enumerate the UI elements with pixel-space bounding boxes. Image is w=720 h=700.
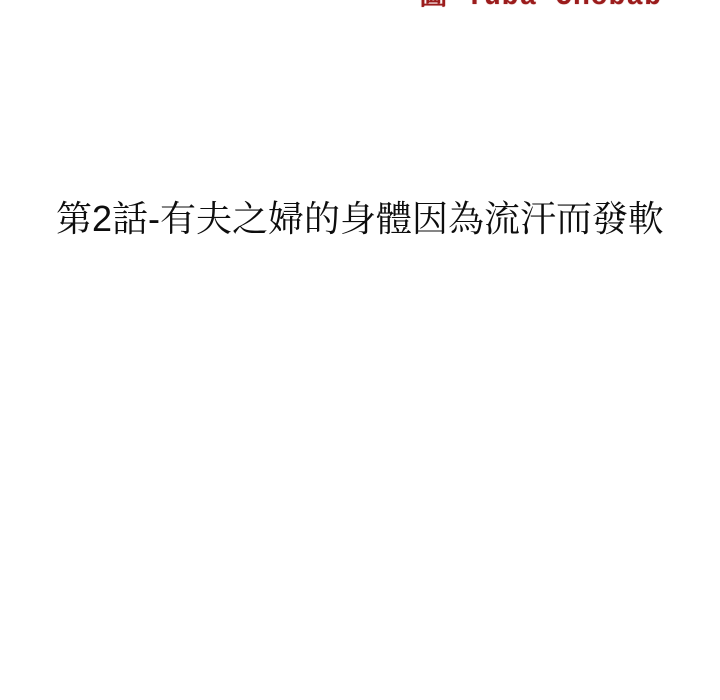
artist-credit-text: 圖 Yuba Chobab <box>419 0 662 12</box>
chapter-title: 第2話-有夫之婦的身體因為流汗而發軟 <box>0 196 720 242</box>
comic-page: 圖 Yuba Chobab 第2話-有夫之婦的身體因為流汗而發軟 <box>0 0 720 700</box>
